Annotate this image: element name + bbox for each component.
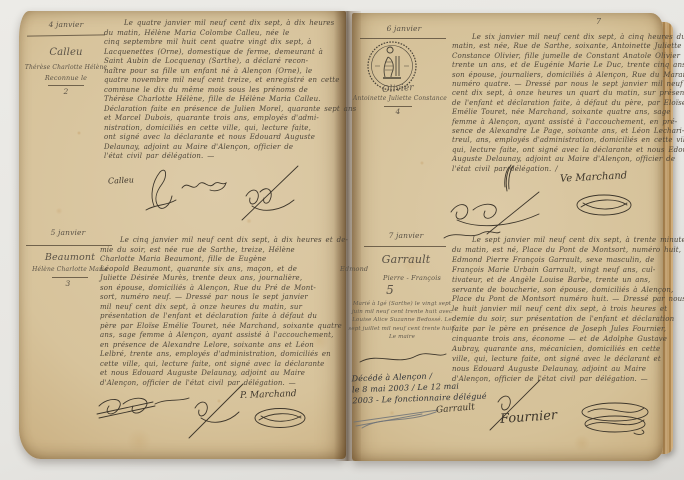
text-line: du matin, Hélène Maria Colombe Calleu, n… xyxy=(104,29,344,39)
text-line: Le maire xyxy=(348,333,456,341)
act-number: 3 xyxy=(28,279,108,288)
text-line: Lelbré, trente ans, employés d'administr… xyxy=(100,350,344,360)
text-line: mil neuf cent dix sept, à onze heures du… xyxy=(100,303,344,313)
text-line: ont signé avec la déclarante et nous Edo… xyxy=(104,133,344,143)
entry-body: Le quatre janvier mil neuf cent dix sept… xyxy=(104,19,344,162)
act-number: 2 xyxy=(24,87,108,96)
text-line: Delaunay, adjoint au Maire d'Alençon, of… xyxy=(104,143,344,153)
text-line: Le quatre janvier mil neuf cent dix sept… xyxy=(104,19,344,29)
text-line: Marié à Igé (Sarthe) le vingt sept xyxy=(348,300,456,308)
text-line: de l'enfant et déclaration faite, à défa… xyxy=(452,99,670,108)
text-line: tivateur, et de Angèle Louise Barbe, tre… xyxy=(452,276,672,286)
text-line: Constance Olivier, fille jumelle de Cons… xyxy=(452,52,670,61)
text-line: Place du Pont de Montsort numéro huit. —… xyxy=(452,295,672,305)
signature-small-squiggle xyxy=(442,228,502,242)
text-line: sence de Alexandre Le Page, soixante ans… xyxy=(452,127,670,136)
signature-paraph-oval xyxy=(253,406,307,430)
margin-surname: Calleu xyxy=(30,47,102,58)
entry-body: Le cinq janvier mil neuf cent dix sept, … xyxy=(100,236,344,388)
text-line: Le cinq janvier mil neuf cent dix sept, … xyxy=(100,236,344,246)
text-line: en présence de Alexandre Lelore, soixant… xyxy=(100,341,344,351)
text-line: cinquante trois ans, économe — et de Ado… xyxy=(452,335,672,345)
entry-body: Le six janvier mil neuf cent dix sept, à… xyxy=(452,33,670,174)
text-line: trente un ans, et de Eugénie Marie Le Du… xyxy=(452,61,670,70)
margin-underline xyxy=(52,277,88,278)
margin-underline xyxy=(360,38,446,39)
signature-bruneau-flourish xyxy=(180,176,228,196)
text-line: commune le dix du même mois sous les pré… xyxy=(104,86,344,96)
text-line: et Marcel Dubois, quarante trois ans, em… xyxy=(104,114,344,124)
text-line: nistration, domiciliés en cette ville, q… xyxy=(104,124,344,134)
text-line: ans, sage femme à Alençon, ayant assisté… xyxy=(100,331,344,341)
text-line: treul, ans, employés d'administration, d… xyxy=(452,136,670,145)
text-line: cinq septembre mil huit cent quatre ving… xyxy=(104,38,344,48)
text-line: quatre novembre mil neuf cent treize, et… xyxy=(104,76,344,86)
text-line: Lacquenettes (Orne), domestique de ferme… xyxy=(104,48,344,58)
text-line: servante de boucherie, son épouse, domic… xyxy=(452,286,672,296)
text-line: Déclaration faite en présence de Julien … xyxy=(104,105,344,115)
text-line: nous Edouard Auguste Delaunay, adjoint a… xyxy=(452,365,672,375)
marriage-mention: Marié à Igé (Sarthe) le vingt septjuin m… xyxy=(348,300,456,341)
text-line: Le six janvier mil neuf cent dix sept, à… xyxy=(452,33,670,42)
margin-given-names: Edmond xyxy=(340,265,376,273)
text-line: présentation de l'enfant et déclaration … xyxy=(100,312,344,322)
text-line: Saint Aubin de Locquenay (Sarthe), a déc… xyxy=(104,57,344,67)
text-line: naître pour sa fille un enfant né à Alen… xyxy=(104,67,344,77)
margin-given-names: Pierre - François xyxy=(376,274,448,282)
margin-surname: Beaumont xyxy=(30,252,110,263)
text-line: sort, numéro neuf. — Dressé par nous le … xyxy=(100,293,344,303)
register-spread: 4 janvier Calleu Thérèse Charlotte Hélèn… xyxy=(0,0,684,480)
margin-date: 4 janvier xyxy=(24,20,108,29)
text-line: Thérèse Charlotte Hélène, fille de Hélèn… xyxy=(104,95,344,105)
margin-surname: Garrault xyxy=(368,253,444,266)
signature-paraph-oval xyxy=(575,192,633,218)
text-line: son épouse, domiciliés à Alençon, Rue du… xyxy=(100,284,344,294)
signature-delaunay-flourish xyxy=(185,378,250,442)
signature-morel-flourish xyxy=(140,166,180,214)
text-line: cent dix sept, à onze heures un quart du… xyxy=(452,89,670,98)
text-line: mie du soir, est née rue de Sarthe, trei… xyxy=(100,246,344,256)
text-line: François Marie Urbain Garrault, vingt ne… xyxy=(452,266,672,276)
text-line: Louise Alice Suzanne Bedossé. Le xyxy=(348,316,456,324)
text-line: juin mil neuf cent trente huit avec xyxy=(348,308,456,316)
signature-calleu: Calleu xyxy=(108,175,134,185)
text-line: Charlotte Maria Beaumont, fille de Eugèn… xyxy=(100,255,344,265)
margin-given-names: Antoinette Juliette Constance xyxy=(342,95,458,102)
pencil-signature-scribble xyxy=(352,404,442,430)
page-number: 7 xyxy=(596,17,601,26)
entry-body: Le sept janvier mil neuf cent dix sept, … xyxy=(452,236,672,385)
margin-squiggle xyxy=(358,350,448,368)
margin-date: 7 janvier xyxy=(366,231,446,240)
signature-delaunay-flourish xyxy=(238,162,303,222)
text-line: son épouse, journaliers, domiciliés à Al… xyxy=(452,71,670,80)
text-line: Juliette Désirée Murès, trente deux ans,… xyxy=(100,274,344,284)
text-line: Emélie Touret, née Marchand, soixante qu… xyxy=(452,108,670,117)
margin-date: 6 janvier xyxy=(362,24,446,33)
text-line: matin, est née, Rue de Sarthe, soixante,… xyxy=(452,42,670,51)
margin-date: 5 janvier xyxy=(28,228,108,237)
text-line: ville, qui, lecture faite, ont signé ave… xyxy=(452,355,672,365)
signature-aubray-flourish xyxy=(578,400,652,436)
text-line: Aubray, quarante ans, mécanicien, domici… xyxy=(452,345,672,355)
text-line: sept juillet mil neuf cent trente huit. xyxy=(348,325,456,333)
margin-underline xyxy=(364,246,446,247)
signature-marchand: P. Marchand xyxy=(240,389,297,401)
text-line: le huit janvier mil neuf cent dix sept, … xyxy=(452,305,672,315)
text-line: Edmond Pierre François Garrault, sexe ma… xyxy=(452,256,672,266)
text-line: Auguste Delaunay, adjoint au Maire d'Ale… xyxy=(452,155,670,164)
text-line: demie du soir, sur présentation de l'enf… xyxy=(452,315,672,325)
text-line: l'état civil par délégation. — xyxy=(104,152,344,162)
margin-note: Reconnue le xyxy=(28,74,104,82)
text-line: qui, lecture faite, ont signé avec la dé… xyxy=(452,146,670,155)
signature-witness-flourish xyxy=(95,388,195,423)
margin-underline xyxy=(48,85,84,86)
text-line: Léopold Beaumont, quarante six ans, maço… xyxy=(100,265,344,275)
text-line: femme à Alençon, ayant assisté à l'accou… xyxy=(452,118,670,127)
text-line: numéro quatre. — Dressé par nous le sept… xyxy=(452,80,670,89)
signature-ink-feather xyxy=(495,163,519,193)
text-line: d'Alençon, officier de l'état civil par … xyxy=(452,375,672,385)
text-line: père par Eloïse Emélie Touret, née March… xyxy=(100,322,344,332)
text-line: cette ville, qui, lecture faite, ont sig… xyxy=(100,360,344,370)
text-line: du matin, est né, Place du Pont de Monts… xyxy=(452,246,672,256)
text-line: faite par le père en présence de Joseph … xyxy=(452,325,672,335)
act-number: 4 xyxy=(372,107,424,116)
act-number: 5 xyxy=(378,283,402,297)
